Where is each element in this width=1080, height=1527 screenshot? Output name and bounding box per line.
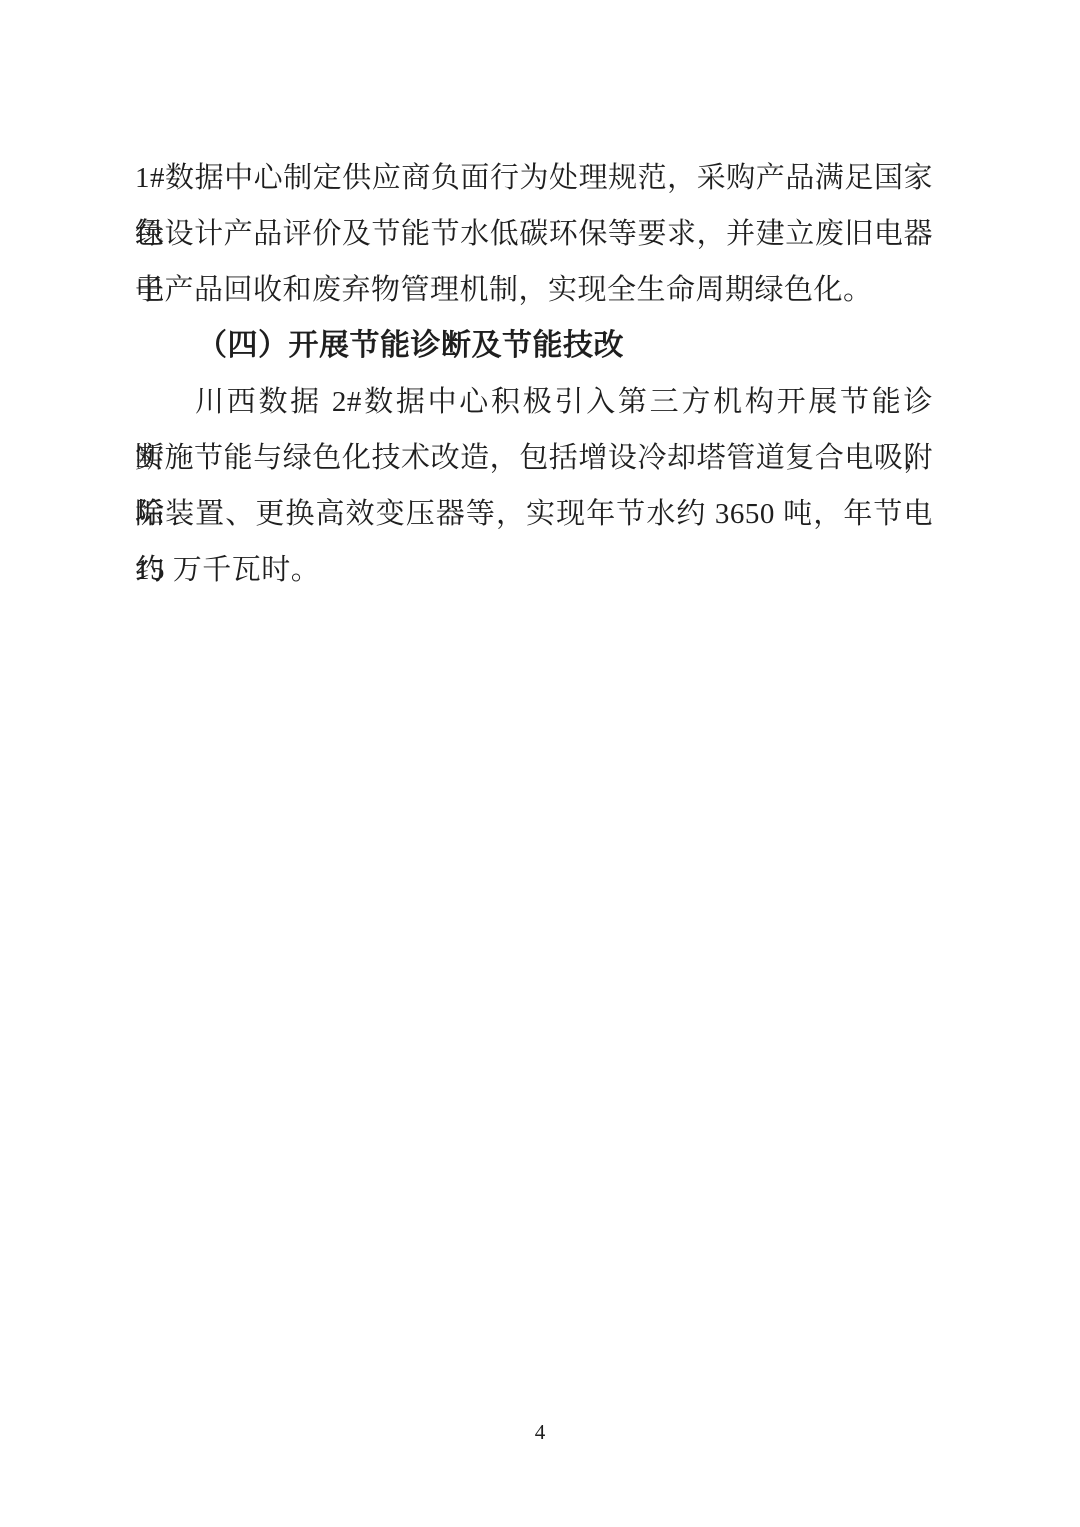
paragraph-1-line-3: 子产品回收和废弃物管理机制，实现全生命周期绿色化。: [135, 262, 933, 318]
paragraph-2-line-1: 川西数据 2#数据中心积极引入第三方机构开展节能诊断，: [135, 374, 933, 430]
document-page: 1#数据中心制定供应商负面行为处理规范，采购产品满足国家绿 色设计产品评价及节能…: [0, 0, 1080, 1527]
paragraph-1-line-2: 色设计产品评价及节能节水低碳环保等要求，并建立废旧电器电: [135, 206, 933, 262]
paragraph-1-line-1: 1#数据中心制定供应商负面行为处理规范，采购产品满足国家绿: [135, 150, 933, 206]
section-heading: （四）开展节能诊断及节能技改: [135, 318, 933, 374]
paragraph-2-line-2: 实施节能与绿色化技术改造，包括增设冷却塔管道复合电吸附除: [135, 430, 933, 486]
page-number: 4: [0, 1417, 1080, 1447]
document-content: 1#数据中心制定供应商负面行为处理规范，采购产品满足国家绿 色设计产品评价及节能…: [135, 150, 933, 598]
paragraph-2-line-3: 垢装置、更换高效变压器等，实现年节水约 3650 吨，年节电约: [135, 486, 933, 542]
paragraph-2-line-4: 15 万千瓦时。: [135, 542, 933, 598]
